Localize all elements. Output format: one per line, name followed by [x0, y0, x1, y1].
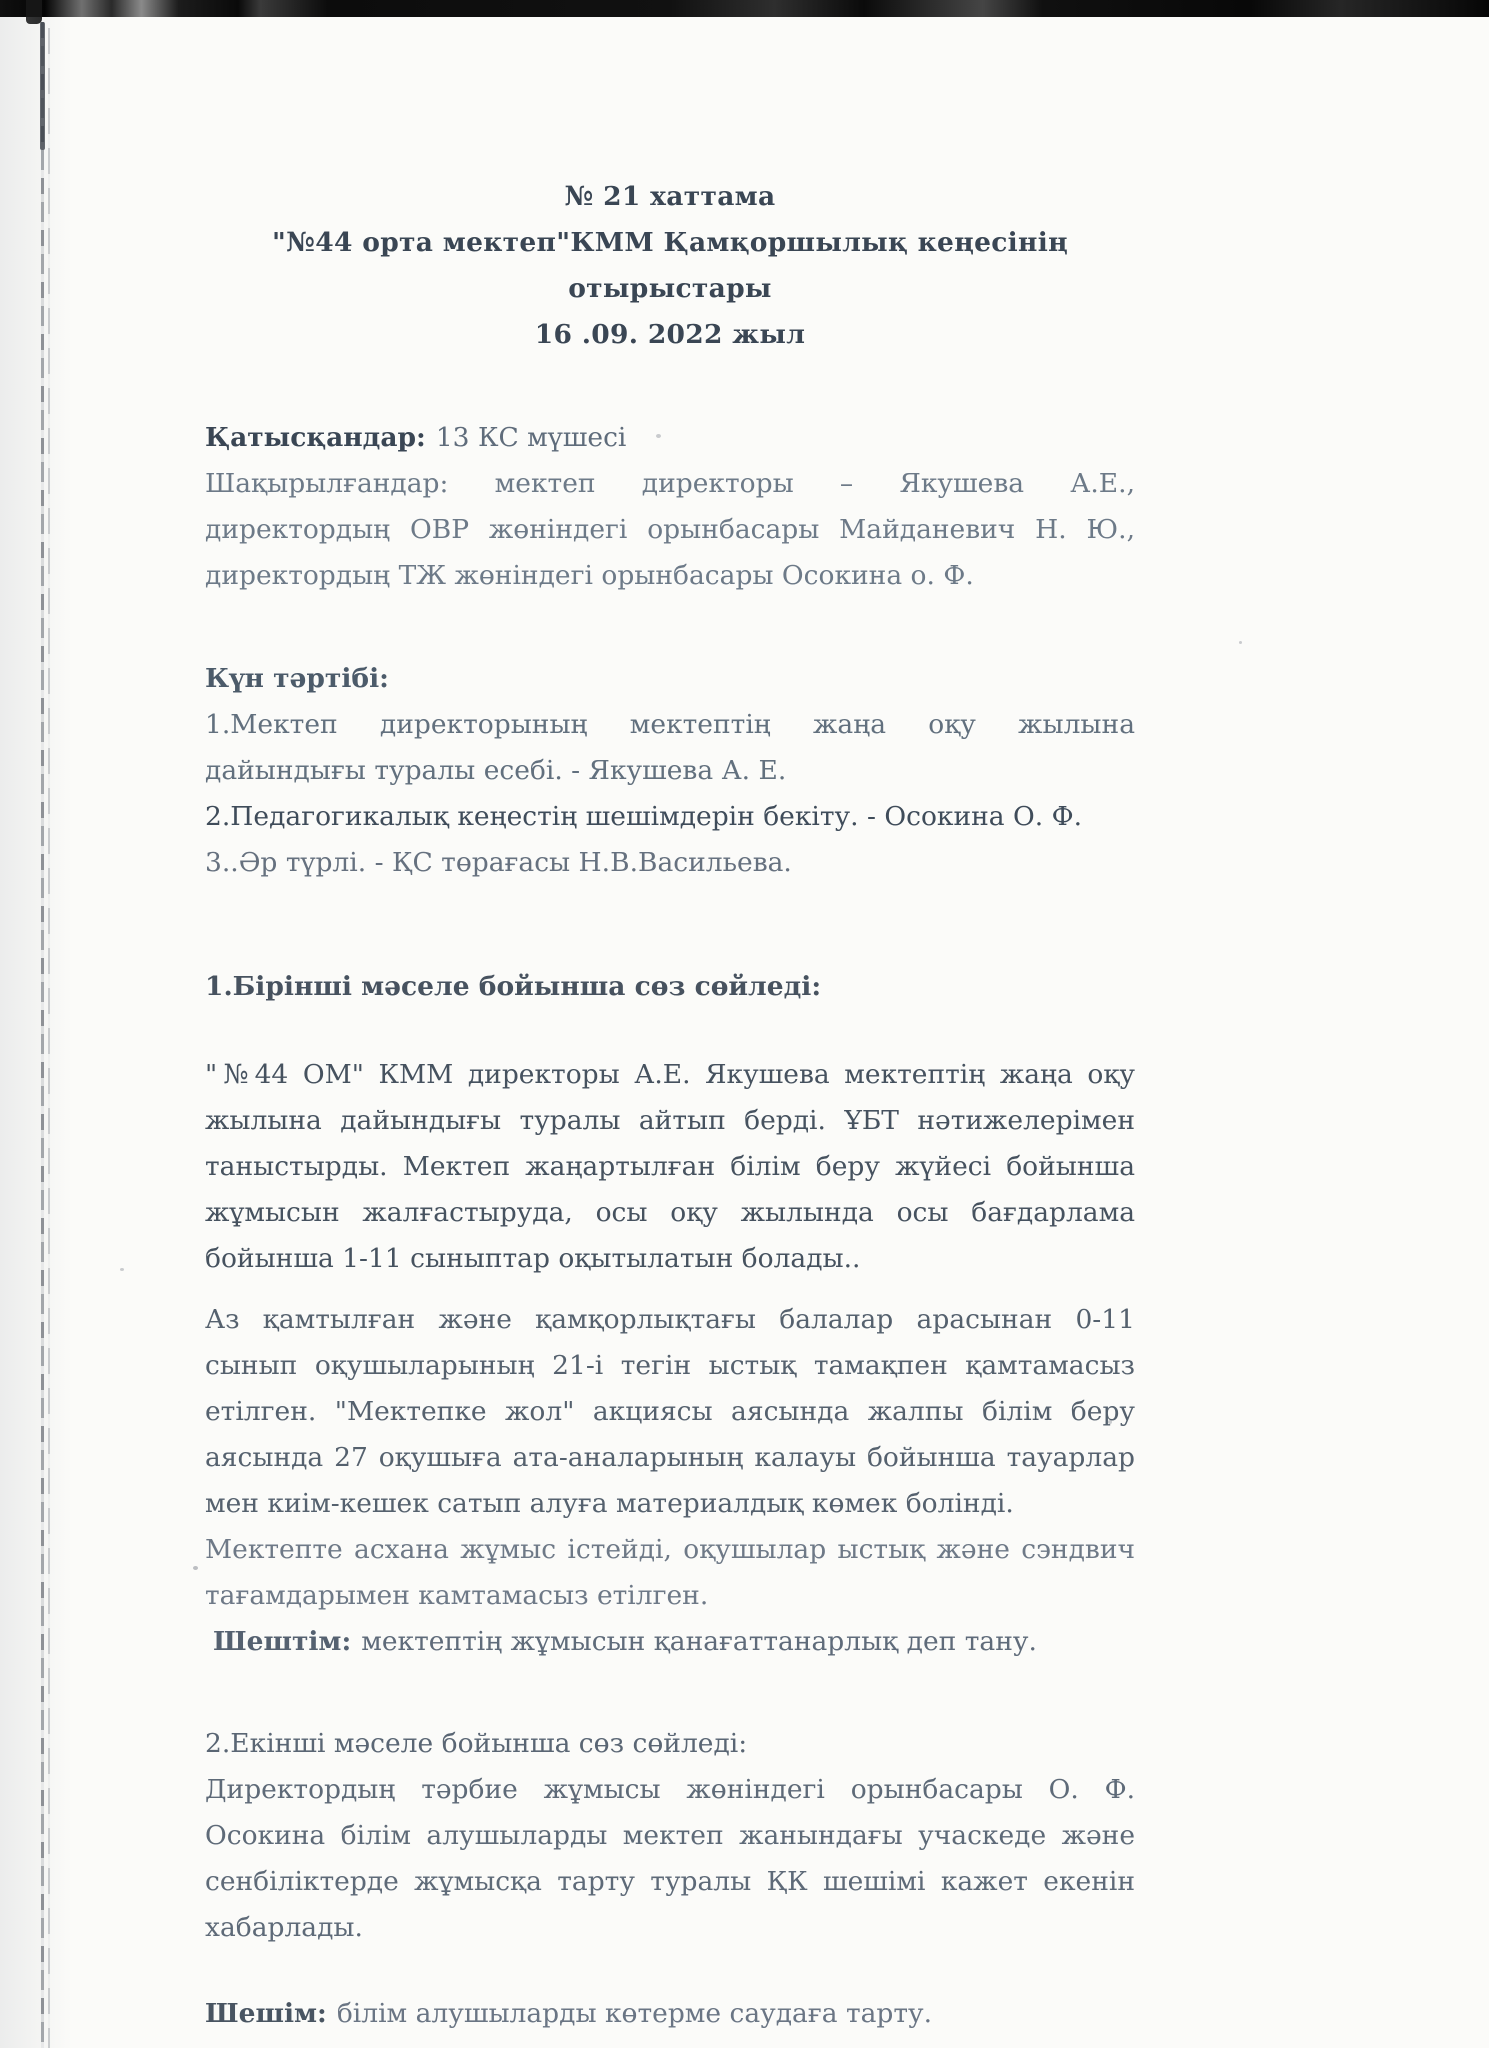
scan-left-edge-shadow — [0, 17, 72, 2048]
section1-decision-text: мектептің жұмысын қанағаттанарлық деп та… — [361, 1626, 1037, 1657]
agenda-item-3: 3..Әр түрлі. - ҚС төрағасы Н.В.Васильева… — [205, 840, 1135, 886]
section2-decision-text: білім алушыларды көтерме саудаға тарту. — [337, 1998, 932, 2029]
section2-decision: Шешім:білім алушыларды көтерме саудаға т… — [205, 1991, 1135, 2037]
attendees-label: Қатысқандар: — [205, 422, 426, 453]
document-page: № 21 хаттама "№44 орта мектеп"КММ Қамқор… — [205, 0, 1135, 2037]
section2-paragraph-1: Директордың тәрбие жұмысы жөніндегі орын… — [205, 1767, 1135, 1951]
section1-paragraph-1: "№44 ОМ" КММ директоры А.Е. Якушева мект… — [205, 1052, 1135, 1282]
section1-decision: Шештім:мектептің жұмысын қанағаттанарлық… — [205, 1619, 1135, 1665]
scan-artifact-left-line-secondary — [48, 28, 50, 2048]
section1-paragraph-3: Мектепте асхана жұмыс істейді, оқушылар … — [205, 1527, 1135, 1619]
section1-heading: 1.Бірінші мәселе бойынша сөз сөйледі: — [205, 964, 1135, 1010]
attendees-line: Қатысқандар:13 КС мүшесі — [205, 415, 1135, 461]
agenda-heading: Күн тәртібі: — [205, 656, 1135, 702]
scan-noise-dot — [1239, 641, 1242, 644]
document-date: 16 .09. 2022 жыл — [205, 312, 1135, 358]
attendees-value: 13 КС мүшесі — [436, 422, 627, 453]
scan-artifact-left-line-dark-segment — [40, 22, 45, 150]
section1-decision-label: Шештім: — [213, 1626, 351, 1657]
document-header: № 21 хаттама "№44 орта мектеп"КММ Қамқор… — [205, 174, 1135, 358]
protocol-number: № 21 хаттама — [205, 174, 1135, 220]
organization-title: "№44 орта мектеп"КММ Қамқоршылық кеңесін… — [205, 220, 1135, 312]
agenda-item-1: 1.Мектеп директорының мектептің жаңа оқу… — [205, 702, 1135, 794]
section2-decision-label: Шешім: — [205, 1998, 327, 2029]
invited-paragraph: Шақырылғандар: мектеп директоры – Якушев… — [205, 461, 1135, 599]
scan-artifact-left-line — [41, 22, 44, 2048]
section1-paragraph-2: Аз қамтылған және қамқорлықтағы балалар … — [205, 1297, 1135, 1527]
scan-noise-dot — [120, 1268, 124, 1271]
section2-heading: 2.Екінші мәселе бойынша сөз сөйледі: — [205, 1721, 1135, 1767]
scan-noise-dot — [193, 1566, 198, 1570]
agenda-item-2: 2.Педагогикалық кеңестің шешімдерін бекі… — [205, 794, 1135, 840]
